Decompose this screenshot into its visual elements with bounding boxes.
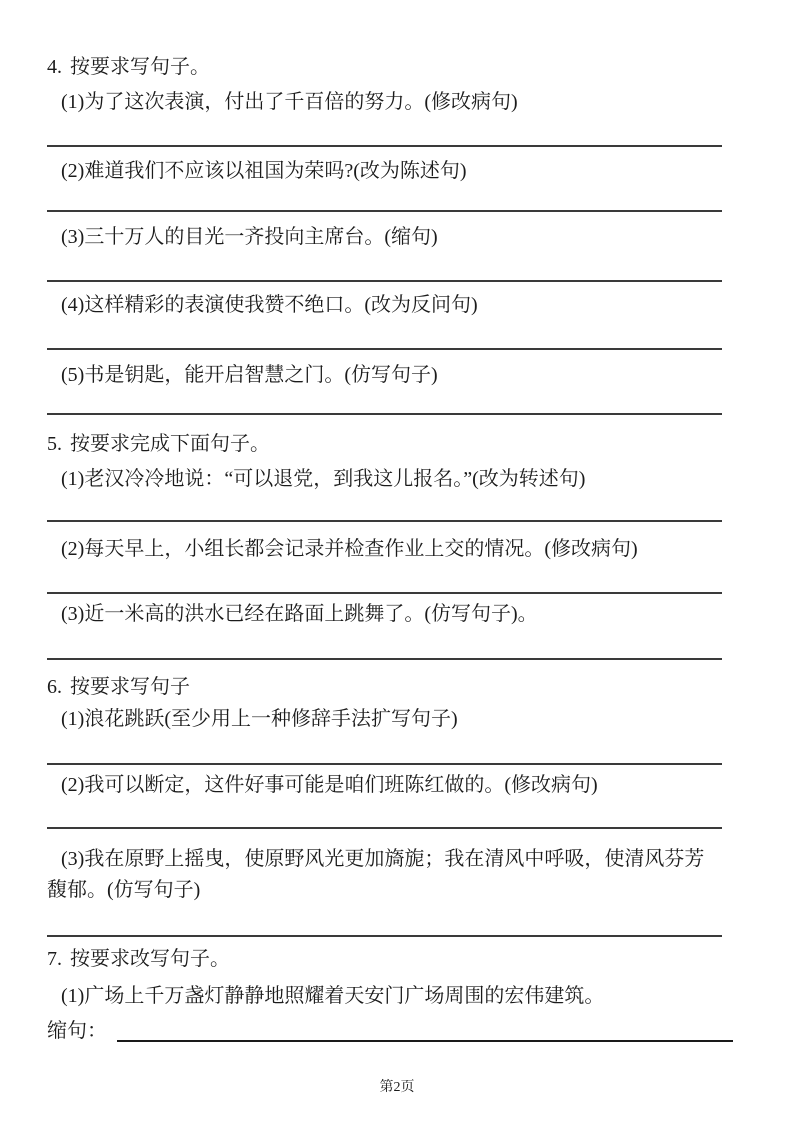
item-label: (3) (61, 603, 84, 625)
page-footer: 第2页 (0, 1079, 794, 1097)
question-4: 4.按要求写句子。 (1)为了这次表演，付出了千百倍的努力。(修改病句) (2)… (47, 52, 722, 415)
item-label: (5) (61, 364, 84, 386)
question-title: 按要求改写句子。 (70, 948, 230, 970)
item-text: 书是钥匙，能开启智慧之门。(仿写句子) (84, 364, 437, 386)
answer-line[interactable] (47, 592, 722, 594)
answer-line[interactable] (47, 520, 722, 522)
item-text: 每天早上，小组长都会记录并检查作业上交的情况。(修改病句) (84, 538, 637, 560)
worksheet-page: 4.按要求写句子。 (1)为了这次表演，付出了千百倍的努力。(修改病句) (2)… (0, 0, 794, 1122)
item-label: (1) (61, 985, 84, 1007)
item-label: (4) (61, 294, 84, 316)
item-label: (1) (61, 708, 84, 730)
item-text: 近一米高的洪水已经在路面上跳舞了。(仿写句子)。 (84, 603, 537, 625)
question-7: 7.按要求改写句子。 (1)广场上千万盏灯静静地照耀着天安门广场周围的宏伟建筑。… (47, 944, 722, 1047)
question-item: (1)老汉冷冷地说：“可以退党，到我这儿报名。”(改为转述句) (47, 464, 722, 495)
answer-line[interactable] (47, 280, 722, 282)
question-item: (1)浪花跳跃(至少用上一种修辞手法扩写句子) (47, 704, 722, 735)
item-text: 我可以断定，这件好事可能是咱们班陈红做的。(修改病句) (84, 774, 597, 796)
answer-line[interactable] (47, 935, 722, 937)
item-label: (1) (61, 91, 84, 113)
question-item: (3)我在原野上摇曳，使原野风光更加旖旎；我在清风中呼吸，使清风芬芳馥郁。(仿写… (47, 844, 722, 906)
question-6: 6.按要求写句子 (1)浪花跳跃(至少用上一种修辞手法扩写句子) (2)我可以断… (47, 672, 722, 937)
question-item: (1)为了这次表演，付出了千百倍的努力。(修改病句) (47, 87, 722, 118)
question-item: (4)这样精彩的表演使我赞不绝口。(改为反问句) (47, 290, 722, 321)
item-label: (2) (61, 774, 84, 796)
item-text: 浪花跳跃(至少用上一种修辞手法扩写句子) (84, 708, 457, 730)
item-label: (1) (61, 468, 84, 490)
item-text: 为了这次表演，付出了千百倍的努力。(修改病句) (84, 91, 517, 113)
answer-line[interactable] (47, 763, 722, 765)
question-number: 7. (47, 948, 62, 970)
answer-line[interactable] (47, 413, 722, 415)
question-heading: 6.按要求写句子 (47, 672, 722, 703)
item-label: (2) (61, 538, 84, 560)
answer-write-line[interactable] (117, 1016, 733, 1042)
answer-line[interactable] (47, 348, 722, 350)
item-label: (2) (61, 160, 84, 182)
question-title: 按要求完成下面句子。 (70, 433, 270, 455)
item-text: 三十万人的目光一齐投向主席台。(缩句) (84, 226, 437, 248)
answer-line[interactable] (47, 658, 722, 660)
answer-line[interactable] (47, 145, 722, 147)
answer-line[interactable] (47, 210, 722, 212)
item-text: 难道我们不应该以祖国为荣吗?(改为陈述句) (84, 160, 466, 182)
question-item: (2)难道我们不应该以祖国为荣吗?(改为陈述句) (47, 156, 722, 187)
shrink-prompt: 缩句： (47, 1016, 107, 1047)
question-item: (3)近一米高的洪水已经在路面上跳舞了。(仿写句子)。 (47, 599, 722, 630)
question-number: 6. (47, 676, 62, 698)
question-title: 按要求写句子。 (70, 56, 210, 78)
item-text: 老汉冷冷地说：“可以退党，到我这儿报名。”(改为转述句) (84, 468, 585, 490)
question-item: (1)广场上千万盏灯静静地照耀着天安门广场周围的宏伟建筑。 (47, 981, 722, 1012)
question-title: 按要求写句子 (70, 676, 190, 698)
item-text: 我在原野上摇曳，使原野风光更加旖旎；我在清风中呼吸，使清风芬芳馥郁。(仿写句子) (47, 848, 704, 901)
question-5: 5.按要求完成下面句子。 (1)老汉冷冷地说：“可以退党，到我这儿报名。”(改为… (47, 429, 722, 660)
item-label: (3) (61, 226, 84, 248)
question-item: (3)三十万人的目光一齐投向主席台。(缩句) (47, 222, 722, 253)
question-item: (5)书是钥匙，能开启智慧之门。(仿写句子) (47, 360, 722, 391)
item-text: 广场上千万盏灯静静地照耀着天安门广场周围的宏伟建筑。 (84, 985, 604, 1007)
answer-line[interactable] (47, 827, 722, 829)
question-heading: 4.按要求写句子。 (47, 52, 722, 83)
question-heading: 7.按要求改写句子。 (47, 944, 722, 975)
question-item: (2)我可以断定，这件好事可能是咱们班陈红做的。(修改病句) (47, 770, 722, 801)
question-number: 4. (47, 56, 62, 78)
item-text: 这样精彩的表演使我赞不绝口。(改为反问句) (84, 294, 477, 316)
question-item: (2)每天早上，小组长都会记录并检查作业上交的情况。(修改病句) (47, 534, 722, 565)
item-label: (3) (61, 848, 84, 870)
question-number: 5. (47, 433, 62, 455)
shrink-sentence-row: 缩句： (47, 1016, 733, 1047)
question-heading: 5.按要求完成下面句子。 (47, 429, 722, 460)
